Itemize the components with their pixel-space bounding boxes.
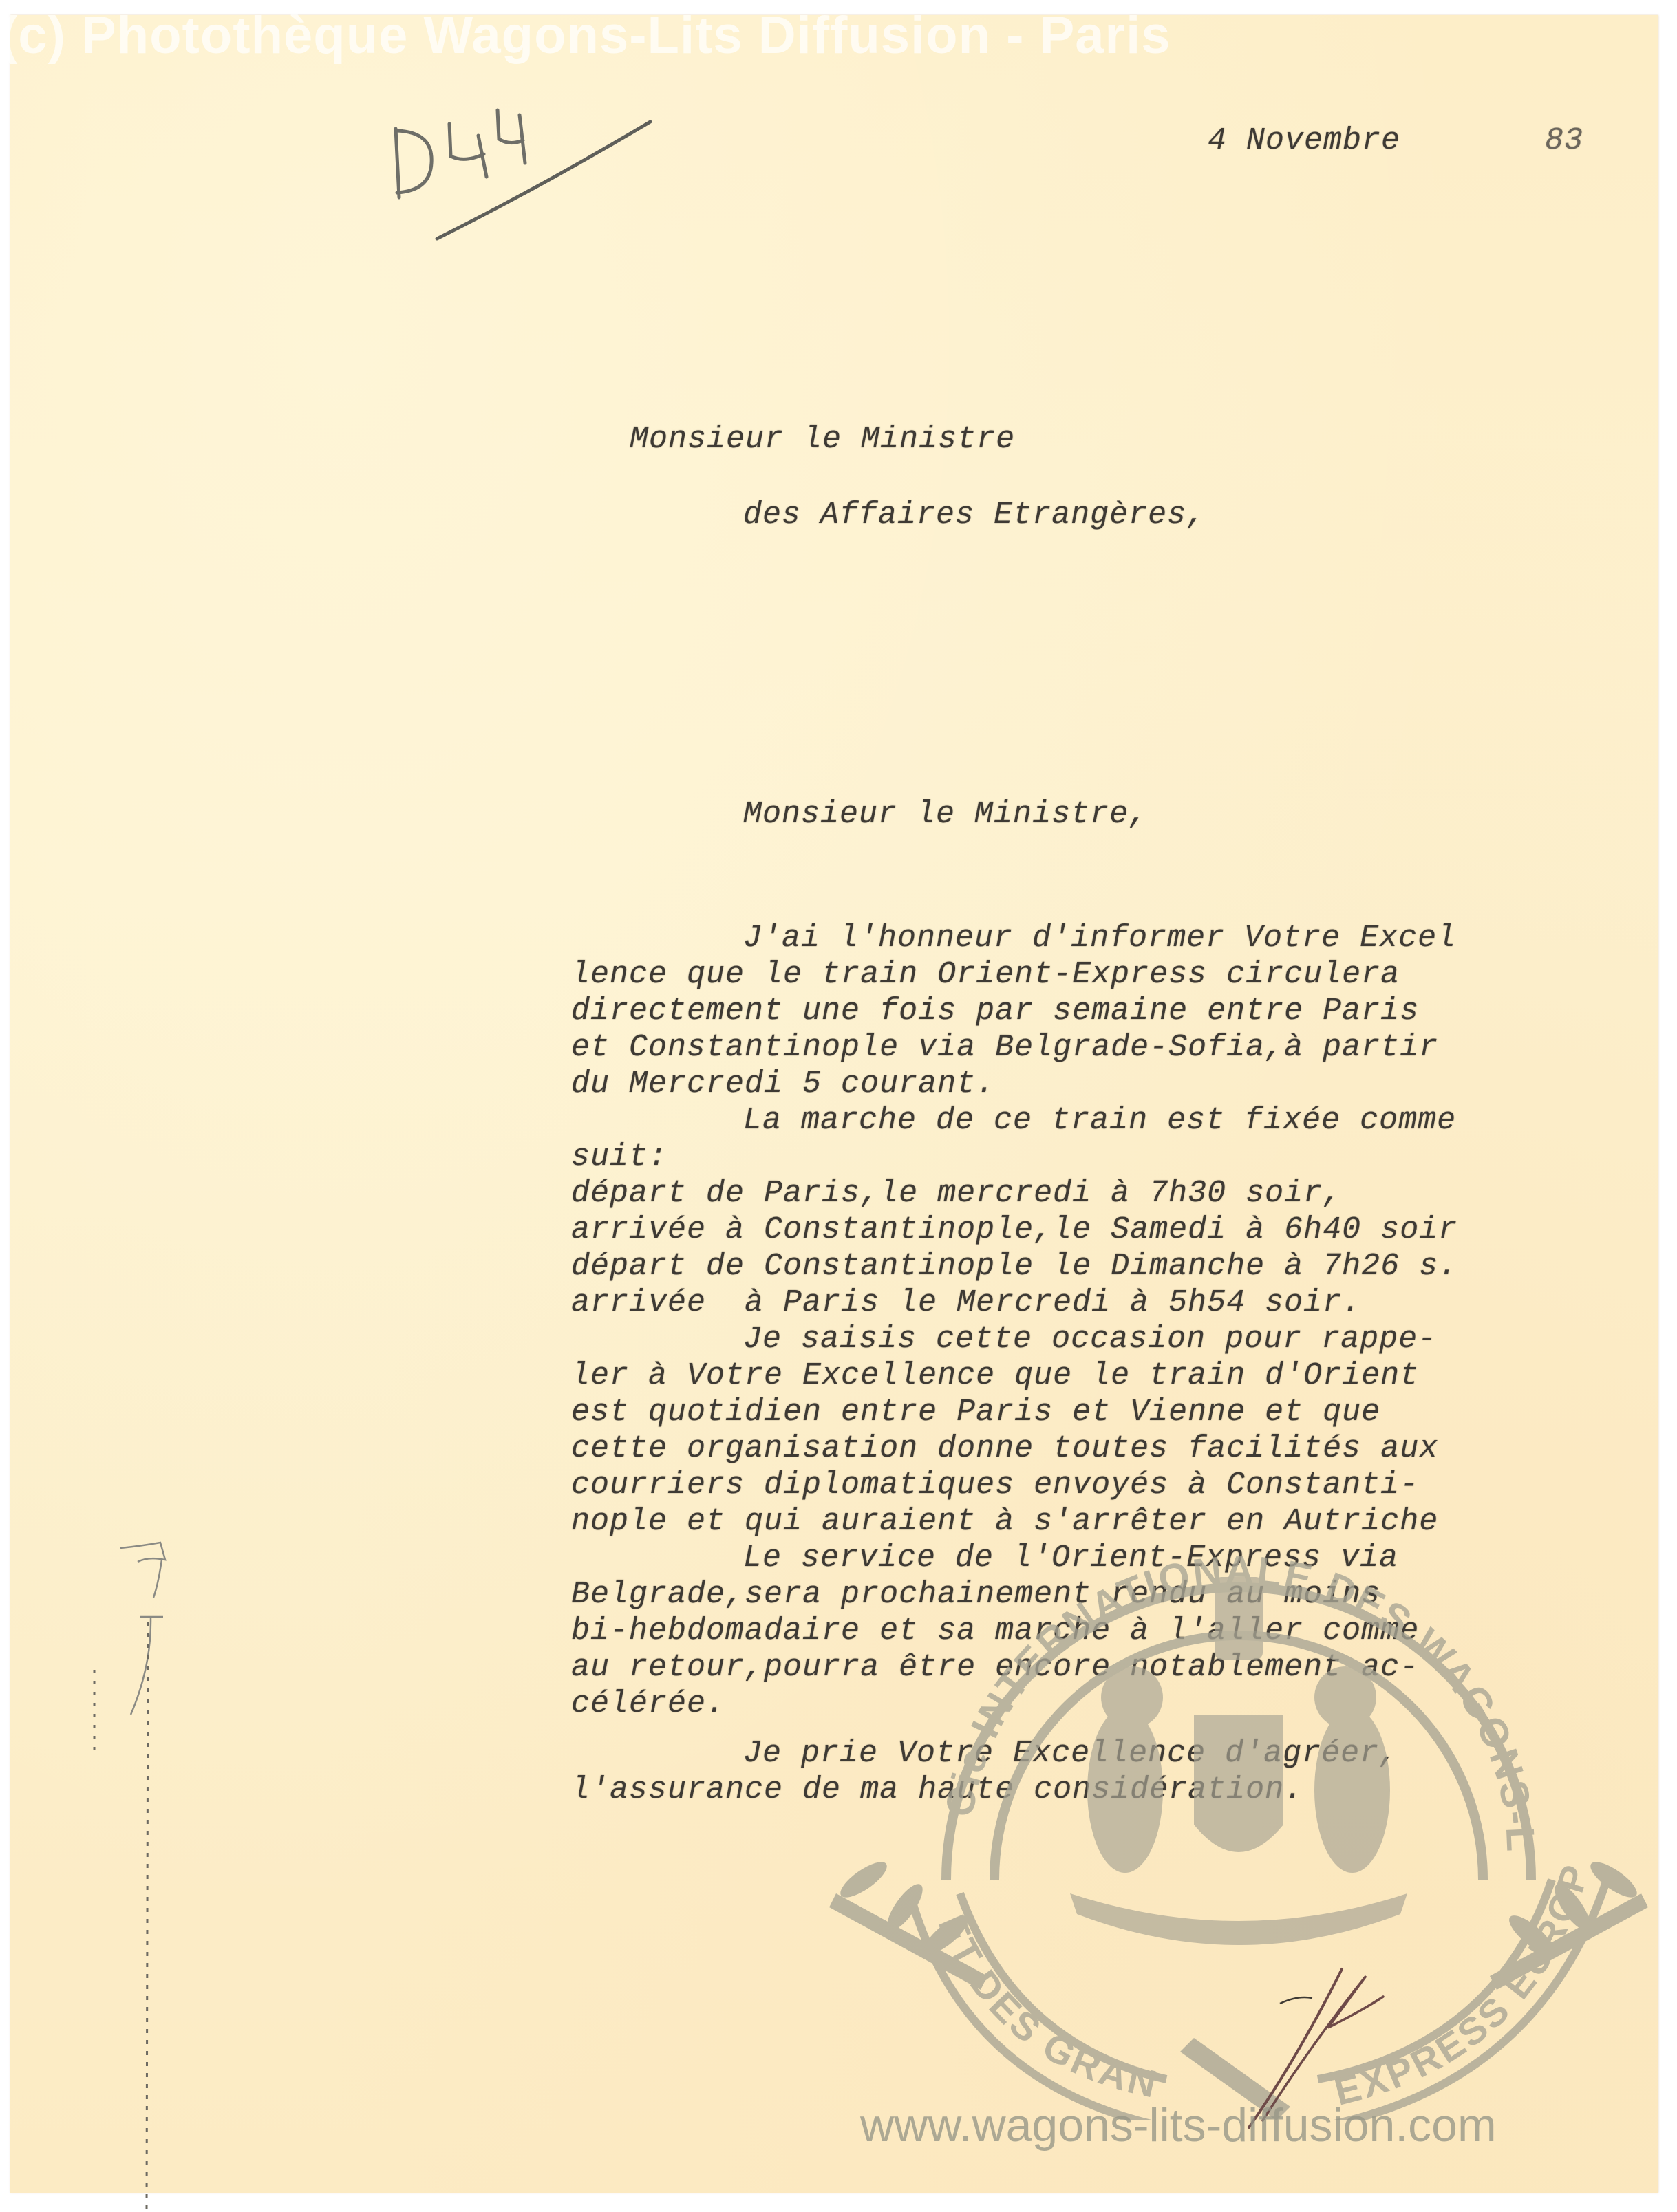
body-line: et Constantinople via Belgrade-Sofia,à p… xyxy=(571,1029,1438,1066)
body-line: directement une fois par semaine entre P… xyxy=(571,993,1419,1029)
body-line: arrivée à Constantinople,le Samedi à 6h4… xyxy=(571,1212,1457,1248)
body-line: ler à Votre Excellence que le train d'Or… xyxy=(571,1357,1419,1394)
body-line: J'ai l'honneur d'informer Votre Excel xyxy=(743,920,1456,956)
body-line: lence que le train Orient-Express circul… xyxy=(571,956,1400,993)
date-day-month: 4 Novembre xyxy=(1208,122,1400,159)
date-year: 83 xyxy=(1545,122,1583,159)
recipient-line-2: des Affaires Etrangères, xyxy=(743,497,1206,533)
letter-page: D44 4 Novembre 83 Monsieur le Ministre d… xyxy=(10,15,1658,2193)
body-line: Je saisis cette occasion pour rappe- xyxy=(743,1321,1437,1357)
website-watermark: www.wagons-lits-diffusion.com xyxy=(860,2098,1497,2152)
body-line: célérée. xyxy=(571,1686,725,1722)
pencil-reference-annotation xyxy=(368,98,678,263)
svg-text:Cie INTERNATIONALE DES WAGONS-: Cie INTERNATIONALE DES WAGONS-LITS xyxy=(809,1467,1543,1854)
body-line: La marche de ce train est fixée comme xyxy=(743,1102,1456,1139)
copyright-watermark: (c) Photothèque Wagons-Lits Diffusion - … xyxy=(0,6,1171,65)
body-line: arrivée à Paris le Mercredi à 5h54 soir. xyxy=(571,1285,1361,1321)
body-line: est quotidien entre Paris et Vienne et q… xyxy=(571,1394,1380,1430)
margin-pencil-marks xyxy=(79,1529,286,2212)
body-line: cette organisation donne toutes facilité… xyxy=(571,1430,1438,1467)
recipient-line-1: Monsieur le Ministre xyxy=(630,421,1015,458)
salutation: Monsieur le Ministre, xyxy=(743,796,1148,833)
body-line: suit: xyxy=(571,1139,667,1175)
body-line: du Mercredi 5 courant. xyxy=(571,1066,995,1102)
body-line: départ de Paris,le mercredi à 7h30 soir, xyxy=(571,1175,1342,1212)
body-line: départ de Constantinople le Dimanche à 7… xyxy=(571,1248,1457,1285)
